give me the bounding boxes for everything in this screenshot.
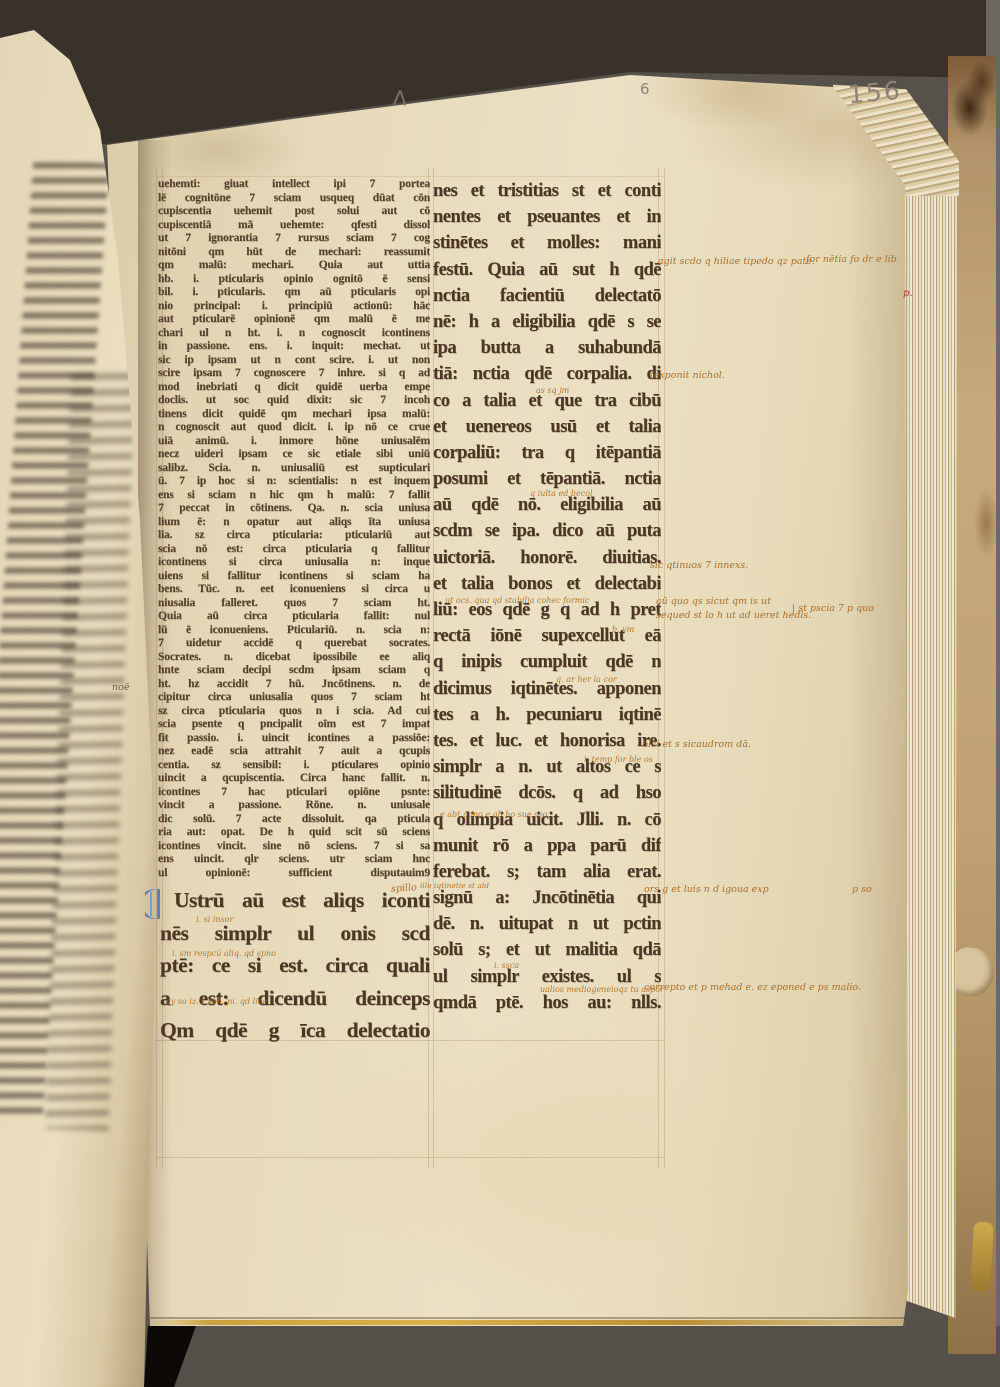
pencil-caret-mark: Λ	[392, 86, 407, 111]
text-line: tinens dicit quidē qm mechari ipsa malū:	[158, 407, 430, 421]
text-line: lū ē iconueniens. Pticulariū. n. scia n:	[158, 623, 430, 637]
text-line: bens. Tūc. n. eet iconueniens si circa u	[158, 582, 430, 596]
margin-note: ors g et luis n d igoua exp	[644, 884, 769, 895]
interlinear-gloss: as sq jm	[536, 386, 569, 395]
text-line: cupiscentia uehemit post solui aut cō	[158, 204, 430, 218]
text-line: icontinens si circa uniusalia n: inque	[158, 555, 430, 569]
margin-note: sic qtinuos 7 innexs.	[650, 560, 748, 571]
text-line: mod inebriati q dicit quidē uerba empe	[158, 380, 430, 394]
interlinear-gloss: e abt q mo e ab ho sue sso	[440, 810, 547, 819]
gilt-edge	[150, 1320, 905, 1325]
text-line: stinētes et molles: mani	[433, 230, 661, 256]
fore-edge-mark: p.	[903, 288, 913, 299]
text-line: lē cognitōne 7 sciam usqueq dūat cōn	[158, 191, 430, 205]
text-line: salibz. Scia. n. uniusaliū est supticula…	[158, 461, 430, 475]
text-line: scia nō est: circa pticularia q fallitur	[158, 542, 430, 556]
column-1-large-text: Ustrū aū est aliqs icontinēs simplr ul o…	[160, 884, 430, 1047]
text-line: uictoriā. honorē. diuitias.	[433, 545, 661, 571]
text-line: fit passio. i. uincit icontines a passiō…	[158, 731, 430, 745]
text-line: tes a h. pecuniaru iqtinē	[433, 702, 661, 728]
manuscript-photo: 156 Λ 6 uehemti: giuat intellect ipi 7 p…	[0, 0, 1000, 1387]
interlinear-gloss: i. si insor	[196, 915, 233, 924]
text-line: ens si sciam n hic qm h malū: 7 fallit	[158, 488, 430, 502]
margin-note: | st pscia 7 p quo	[792, 603, 874, 614]
margin-note: (exponit nichol.	[650, 370, 725, 381]
text-line: n cognoscit aut quod dicit. i. ip nō ce …	[158, 420, 430, 434]
cover-clasp	[970, 1222, 994, 1293]
text-line: dic solū. 7 acte dissoluit. qa pticula	[158, 812, 430, 826]
text-line: festū. Quia aū sut h qdē	[433, 257, 661, 283]
text-line: corpaliū: tra q itēpantiā	[433, 440, 661, 466]
text-line: nitōni qm hūt de mechari: reassumit	[158, 245, 430, 259]
text-line: cipitur circa uniusalia quos 7 sciam ht	[158, 690, 430, 704]
text-line: scire ipsam 7 cognoscere 7 inhre. si q a…	[158, 366, 430, 380]
text-line: hb. i. pticularis opinio ognitō ē sensi	[158, 272, 430, 286]
text-line: sz circa pticularia quos n i scia. Ad cu…	[158, 704, 430, 718]
text-line: uiens si fallitur icontinens si sciam ha	[158, 569, 430, 583]
text-line: nes et tristitias st et conti	[433, 178, 661, 204]
interlinear-gloss: q. ar her la cor	[556, 675, 617, 684]
text-line: silitudinē dcōs. q ad hso	[433, 780, 661, 806]
text-line: ū. 7 ip hoc si n: scientialis: n est inq…	[158, 474, 430, 488]
text-line: et talia bonos et delectabi	[433, 571, 661, 597]
text-line: hnte sciam decipi scdm ipsam sciam q	[158, 663, 430, 677]
text-line: bil. i. pticularis. qm aū pticularis opi	[158, 285, 430, 299]
text-line: 7 peccat in cōtinens. Qa. n. scia uniusa	[158, 501, 430, 515]
text-line: tiā: nctia qdē corpalia. di	[433, 361, 661, 387]
margin-note: aū quo qs sicut qm is ut	[656, 596, 771, 607]
text-line: uehemti: giuat intellect ipi 7 portea	[158, 177, 430, 191]
interlinear-gloss: ut ocs. qua qd stabilia cohec formic	[445, 596, 589, 605]
margin-note: blci et s sicaudrom dā.	[642, 739, 751, 750]
margin-note: spillo	[391, 882, 418, 895]
text-line: scdm se ipa. dico aū puta	[433, 518, 661, 544]
text-line: ria aut: opat. De h quid scit sū sciens	[158, 825, 430, 839]
text-line: nctia facientiū delectatō	[433, 283, 661, 309]
text-line: nē: h a eligibilia qdē s se	[433, 309, 661, 335]
text-line: ens uincit. qlr sciens. utr sciam hnc	[158, 852, 430, 866]
text-line: dicimus iqtinētes. apponen	[433, 676, 661, 702]
pencil-quire-mark: 6	[640, 80, 650, 98]
text-line: Qm qdē g īca delectatio	[160, 1014, 430, 1047]
interlinear-gloss: ille iqtinetie st ald	[420, 881, 489, 890]
text-line: scia psente q pncipalit oīm est 7 impat	[158, 717, 430, 731]
text-line: nio principal: i. principiū actionū: hāc	[158, 299, 430, 313]
interlinear-gloss: i. temp for ble os	[584, 755, 653, 764]
text-line: tes. et luc. et honorisa ire.	[433, 728, 661, 754]
margin-note: correpto et p mehad e. ez eponed e ps ma…	[644, 982, 861, 993]
text-line: in passione. ens. i. inquit: mechat. ut	[158, 339, 430, 353]
ruling-line	[156, 1157, 665, 1158]
fore-edge-page-stack	[901, 148, 957, 1318]
text-line: uiā animū. i. inmore hōne uniusalēm	[158, 434, 430, 448]
column-1-small-text: uehemti: giuat intellect ipi 7 portealē …	[158, 177, 430, 879]
interlinear-gloss: q iulta ed becol	[530, 489, 593, 498]
text-line: munit rō a ppa parū dif	[433, 833, 661, 859]
text-line: doclis. ut soc quid dixit: sic 7 incoh	[158, 393, 430, 407]
text-line: solū s; et ut malitia qdā	[433, 937, 661, 963]
interlinear-gloss: ualios mediogeneioqz tu aspor	[540, 985, 664, 994]
blue-paraph-mark	[145, 888, 163, 920]
interlinear-gloss: ay so iz. z soh. ni. qd lice	[166, 997, 267, 1006]
text-line: ul opinionē: sufficient disputauim9	[158, 866, 430, 880]
ruling-line	[664, 168, 665, 1168]
text-line: Ustrū aū est aliqs iconti	[160, 884, 430, 917]
text-line: uincit a qcupiscentia. Circa hanc fallit…	[158, 771, 430, 785]
text-line: lia. sz circa pticularia: pticulariū aut	[158, 528, 430, 542]
text-line: qm malū: mechari. Quia aut uttia	[158, 258, 430, 272]
text-line: q inipis cumpluit qdē n	[433, 649, 661, 675]
text-line: dē. n. uitupat n ut pctin	[433, 911, 661, 937]
text-line: icontines 7 hac pticulari opiōne psnte:	[158, 785, 430, 799]
text-line: lium ē: n opatur aut aliqs īta uniusa	[158, 515, 430, 529]
text-line: ht. hz accidit 7 hū. Jncōtinens. n. de	[158, 677, 430, 691]
margin-note: agit scdo q hiliae tipedo qz pate.	[658, 256, 815, 267]
text-line: et uenereos usū et talia	[433, 414, 661, 440]
text-line: cupiscentiā mā uehemte: qfesti dissol	[158, 218, 430, 232]
text-line: chari ul n ht. i. n cognoscit icontinens	[158, 326, 430, 340]
margin-note: for nētia fo dr e lib	[806, 254, 897, 265]
text-line: sic ip ipsam ut n cont scire. i. ut non	[158, 353, 430, 367]
text-line: niusalia falleret. quos 7 sciam ht.	[158, 596, 430, 610]
text-line: vincit a passione. Rōne. n. uniusale	[158, 798, 430, 812]
text-line: Socrates. n. dicebat ipossibile ee aliq	[158, 650, 430, 664]
text-line: aut pticularē opinionē qm malū ē me	[158, 312, 430, 326]
text-line: ipa butta a suhabundā	[433, 335, 661, 361]
nota-mark: noē	[112, 682, 129, 693]
folio-number: 156	[847, 76, 903, 110]
text-line: nez eadē scia attrahit 7 auit a qcupis	[158, 744, 430, 758]
text-line: 7 uidetur accidē q querebat socrates.	[158, 636, 430, 650]
text-line: Quia aū circa pticularia fallit: nul	[158, 609, 430, 623]
text-line: nentes et pseuantes et in	[433, 204, 661, 230]
margin-note: sequed st lo h ut ad ueret hedls.	[656, 610, 811, 621]
text-line: centia. sz sensibil: i. pticulares opini…	[158, 758, 430, 772]
interlinear-gloss: i. ssca	[494, 961, 519, 970]
margin-note: p so	[852, 884, 872, 895]
interlinear-gloss: b. vm	[612, 625, 634, 634]
interlinear-gloss: i. sm respcū aliq. qd spno	[172, 949, 276, 958]
text-line: icontines vincit. sine nō sciens. 7 si s…	[158, 839, 430, 853]
text-line: necz uideri ipsam ce sic etiale sibi uni…	[158, 447, 430, 461]
text-line: ut 7 ignorantia 7 rursus sciam 7 cog	[158, 231, 430, 245]
page-bottom-crease	[150, 1317, 905, 1319]
